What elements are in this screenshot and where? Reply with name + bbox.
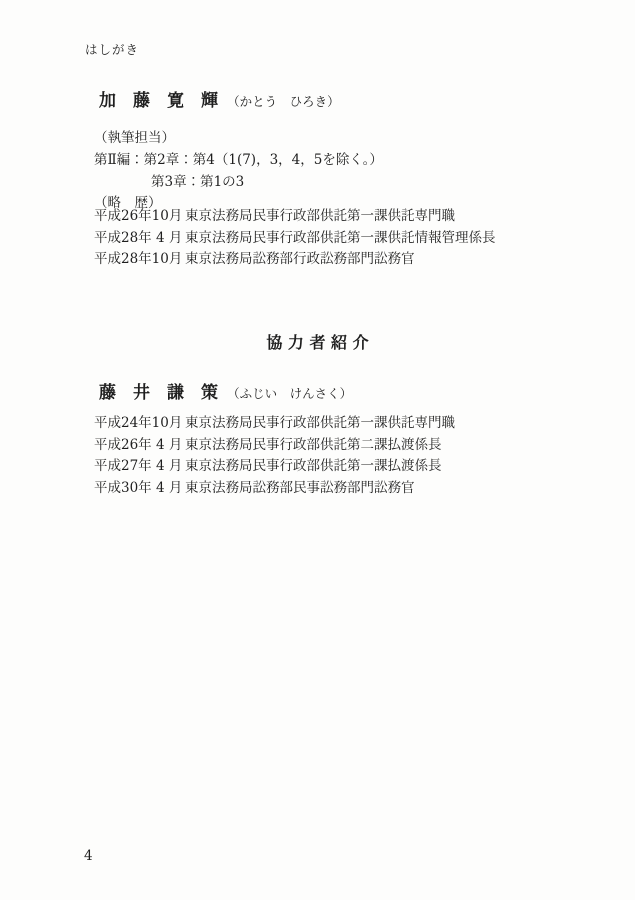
assignment-label: （執筆担当） bbox=[94, 126, 175, 146]
career-position: 東京法務局民事行政部供託第一課払渡係長 bbox=[185, 456, 442, 478]
career-date: 平成27年 4 月 bbox=[94, 456, 185, 478]
collaborator-career-list: 平成24年10月 東京法務局民事行政部供託第一課供託専門職 平成26年 4 月 … bbox=[94, 413, 455, 499]
book-page: はしがき 加 藤 寛 輝 （かとう ひろき） （執筆担当） 第Ⅱ編：第2章：第4… bbox=[0, 0, 635, 900]
career-position: 東京法務局民事行政部供託第一課供託情報管理係長 bbox=[185, 228, 496, 250]
collaborators-heading: 協 力 者 紹 介 bbox=[0, 330, 635, 353]
author-name: 加 藤 寛 輝 bbox=[99, 91, 218, 111]
career-date: 平成28年10月 bbox=[94, 249, 185, 271]
career-row: 平成24年10月 東京法務局民事行政部供託第一課供託専門職 bbox=[94, 413, 455, 435]
career-row: 平成28年10月 東京法務局訟務部行政訟務部門訟務官 bbox=[94, 249, 496, 271]
career-row: 平成26年10月 東京法務局民事行政部供託第一課供託専門職 bbox=[94, 206, 496, 228]
author-furigana: （かとう ひろき） bbox=[227, 94, 340, 109]
running-header: はしがき bbox=[85, 40, 139, 58]
career-date: 平成26年10月 bbox=[94, 206, 185, 228]
collaborator-furigana: （ふじい けんさく） bbox=[227, 386, 352, 401]
career-position: 東京法務局訟務部民事訟務部門訟務官 bbox=[185, 478, 415, 500]
career-position: 東京法務局民事行政部供託第二課払渡係長 bbox=[185, 435, 442, 457]
career-row: 平成30年 4 月 東京法務局訟務部民事訟務部門訟務官 bbox=[94, 478, 455, 500]
assignment-line-2: 第3章：第1の3 bbox=[151, 170, 244, 190]
career-position: 東京法務局民事行政部供託第一課供託専門職 bbox=[185, 413, 455, 435]
page-number: 4 bbox=[84, 848, 93, 864]
career-date: 平成24年10月 bbox=[94, 413, 185, 435]
career-row: 平成27年 4 月 東京法務局民事行政部供託第一課払渡係長 bbox=[94, 456, 455, 478]
author-name-row: 加 藤 寛 輝 （かとう ひろき） bbox=[99, 86, 340, 111]
career-date: 平成26年 4 月 bbox=[94, 435, 185, 457]
career-date: 平成28年 4 月 bbox=[94, 228, 185, 250]
career-position: 東京法務局民事行政部供託第一課供託専門職 bbox=[185, 206, 455, 228]
career-position: 東京法務局訟務部行政訟務部門訟務官 bbox=[185, 249, 415, 271]
career-row: 平成28年 4 月 東京法務局民事行政部供託第一課供託情報管理係長 bbox=[94, 228, 496, 250]
career-row: 平成26年 4 月 東京法務局民事行政部供託第二課払渡係長 bbox=[94, 435, 455, 457]
collaborator-name-row: 藤 井 謙 策 （ふじい けんさく） bbox=[99, 378, 352, 403]
career-date: 平成30年 4 月 bbox=[94, 478, 185, 500]
collaborator-name: 藤 井 謙 策 bbox=[99, 383, 218, 403]
assignment-line-1: 第Ⅱ編：第2章：第4（1(7)，3，4，5を除く。） bbox=[94, 148, 383, 168]
author-career-list: 平成26年10月 東京法務局民事行政部供託第一課供託専門職 平成28年 4 月 … bbox=[94, 206, 496, 271]
